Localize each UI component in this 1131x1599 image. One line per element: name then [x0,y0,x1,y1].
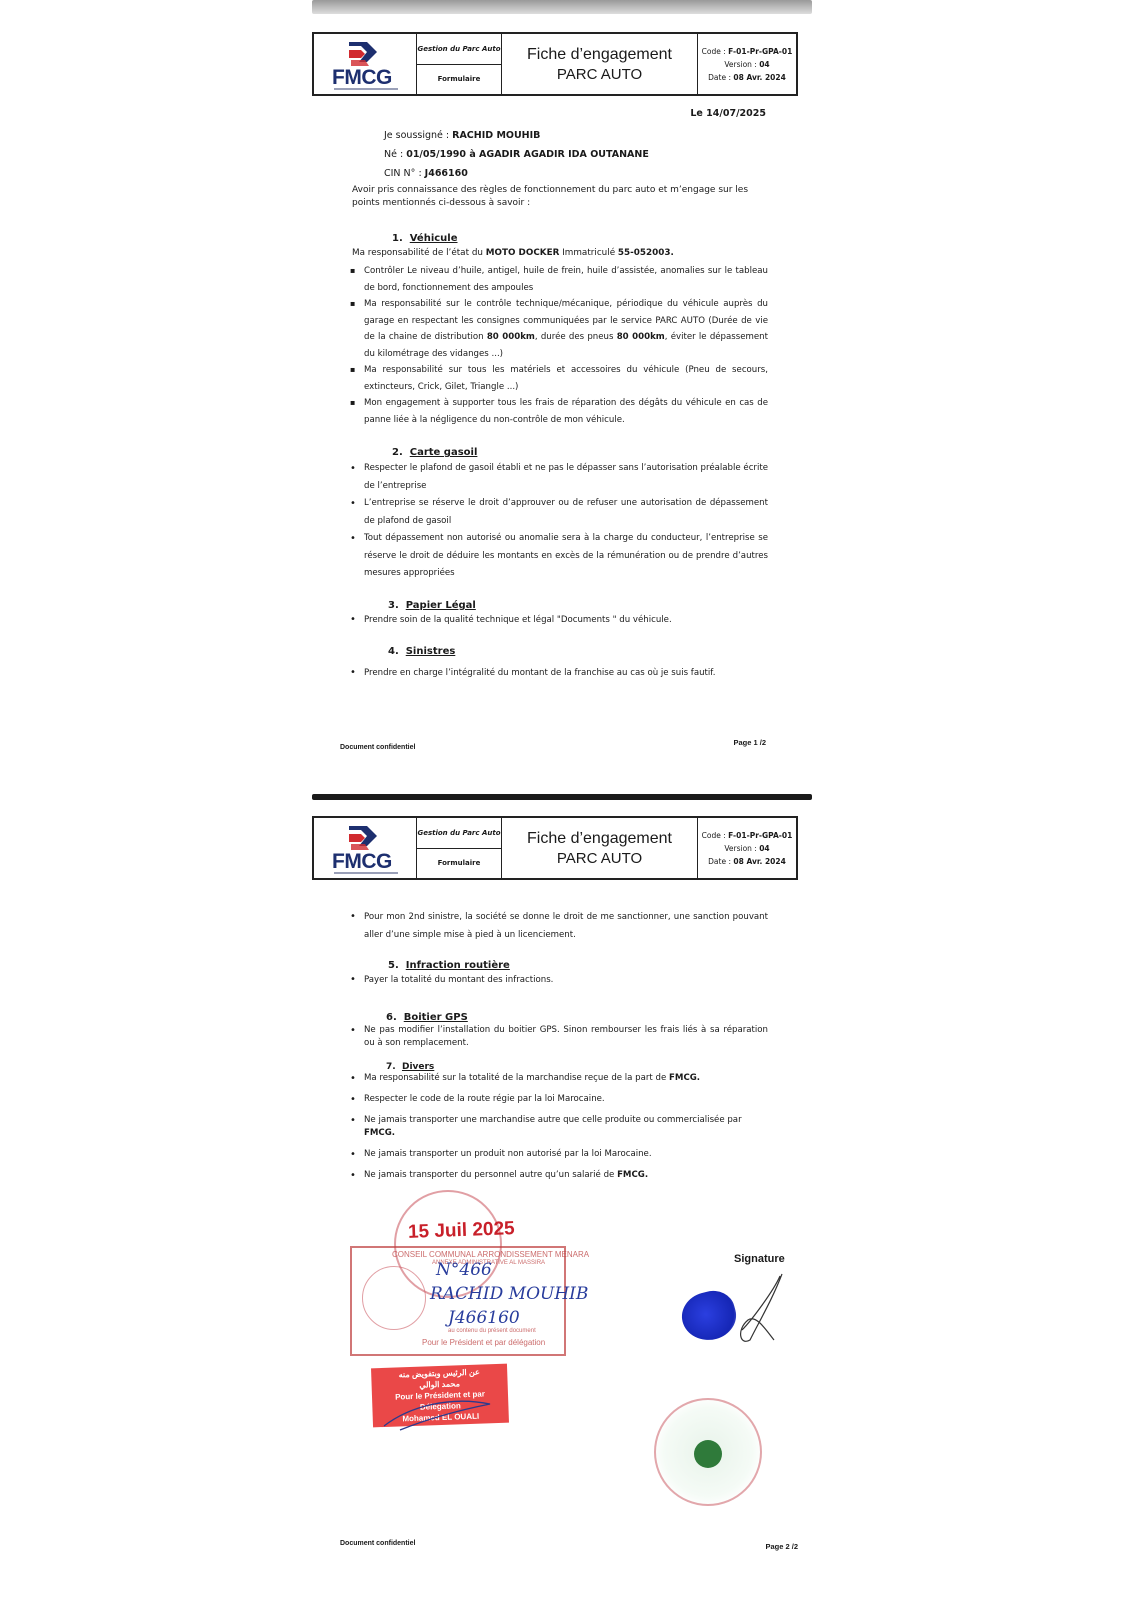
document-date: Le 14/07/2025 [690,108,766,119]
cin-value: J466160 [425,168,468,179]
signature-label: Signature [734,1253,785,1265]
document-header: FMCG Gestion du Parc Auto Formulaire Fic… [312,816,798,880]
soussigne-line: Je soussigné : RACHID MOUHIB [384,130,540,141]
section-carte-gasoil-title: 2. Carte gasoil [392,447,477,458]
cin-line: CIN N° : J466160 [384,168,468,179]
section-vehicule-title: 1. Véhicule [392,233,458,244]
list-item: Ma responsabilité sur tous les matériels… [350,362,768,395]
section-number: 2. [392,447,403,458]
logo-tagline [334,88,398,90]
fmcg-logo: FMCG [314,818,417,878]
list-item: Prendre en charge l’intégralité du monta… [350,665,768,682]
list-item: Pour mon 2nd sinistre, la société se don… [350,908,768,944]
date-label: Date : [708,73,733,82]
section-title: Infraction routière [406,960,510,971]
document-reference: Code : F-01-Pr-GPA-01 Version : 04 Date … [698,34,796,94]
section-number: 1. [392,233,403,244]
inner-round-stamp [362,1266,426,1330]
employee-signature [712,1270,792,1350]
title-line-2: PARC AUTO [557,850,642,867]
vehicle-plate: 55-052003. [618,248,674,258]
section-number: 5. [388,960,399,971]
lead-text: Ma responsabilité de l’état du [352,248,486,258]
version-value: 04 [759,60,769,69]
section-number: 4. [388,646,399,657]
sinistres-bullets: Prendre en charge l’intégralité du monta… [350,665,768,682]
seal-emblem-icon [694,1440,722,1468]
page-number: Page 2 /2 [765,1542,798,1551]
municipal-seal [654,1398,762,1506]
lead-text: Immatriculé [559,248,618,258]
code-label: Code : [702,47,729,56]
code-label: Code : [702,831,729,840]
section-title: Carte gasoil [410,447,478,458]
list-item: Ne jamais transporter du personnel autre… [350,1169,768,1182]
version-value: 04 [759,844,769,853]
code-value: F-01-Pr-GPA-01 [728,47,792,56]
list-item: Prendre soin de la qualité technique et … [350,612,768,629]
section-infraction-title: 5. Infraction routière [388,960,510,971]
birth-line: Né : 01/05/1990 à AGADIR AGADIR IDA OUTA… [384,149,649,160]
code-value: F-01-Pr-GPA-01 [728,831,792,840]
list-item: Ma responsabilité sur le contrôle techni… [350,296,768,362]
header-doc-type: Formulaire [417,65,501,95]
intro-paragraph: Avoir pris connaissance des règles de fo… [352,184,762,210]
list-item: Tout dépassement non autorisé ou anomali… [350,530,768,583]
document-header: FMCG Gestion du Parc Auto Formulaire Fic… [312,32,798,96]
list-item: Contrôler Le niveau d’huile, antigel, hu… [350,263,768,296]
birth-value: 01/05/1990 à AGADIR AGADIR IDA OUTANANE [406,149,649,160]
list-item: Ne pas modifier l’installation du boitie… [350,1024,768,1050]
header-meta: Gestion du Parc Auto Formulaire [417,818,502,878]
list-item: Ne jamais transporter une marchandise au… [350,1114,768,1140]
footer-confidential: Document confidentiel [340,744,415,751]
section-title: Divers [402,1062,434,1072]
section-number: 6. [386,1012,397,1023]
page-edge-shadow [312,0,812,14]
list-item: Payer la totalité du montant des infract… [350,972,768,989]
list-item: Respecter le plafond de gasoil établi et… [350,460,768,495]
stamp-delegation: Pour le Président et par délégation [422,1338,545,1347]
section-title: Véhicule [410,233,458,244]
page-1: FMCG Gestion du Parc Auto Formulaire Fic… [312,20,812,790]
list-item: Ma responsabilité sur la totalité de la … [350,1072,768,1085]
logo-text: FMCG [332,850,392,874]
logo-tagline [334,872,398,874]
logo-arrow-icon [347,824,381,852]
employee-name: RACHID MOUHIB [452,130,540,141]
vehicle-model: MOTO DOCKER [486,248,560,258]
date-label: Date : [708,857,733,866]
gps-bullets: Ne pas modifier l’installation du boitie… [350,1024,768,1050]
document-title: Fiche d’engagement PARC AUTO [502,818,698,878]
list-item: L’entreprise se réserve le droit d’appro… [350,495,768,530]
section-sinistres-title: 4. Sinistres [388,646,455,657]
footer-confidential: Document confidentiel [340,1540,415,1547]
infraction-bullets: Payer la totalité du montant des infract… [350,972,768,989]
section-papier-legal-title: 3. Papier Légal [388,600,476,611]
title-line-1: Fiche d’engagement [527,46,672,64]
list-item: Mon engagement à supporter tous les frai… [350,395,768,428]
date-value: 08 Avr. 2024 [733,73,785,82]
section-number: 7. [386,1062,396,1072]
header-meta: Gestion du Parc Auto Formulaire [417,34,502,94]
title-line-1: Fiche d’engagement [527,830,672,848]
header-department: Gestion du Parc Auto [417,818,501,849]
section-title: Sinistres [406,646,456,657]
version-label: Version : [724,60,759,69]
stamp-date: 15 Juil 2025 [408,1218,515,1244]
handwritten-name: RACHID MOUHIB [430,1284,588,1304]
official-signature-scribble [380,1396,500,1432]
document-reference: Code : F-01-Pr-GPA-01 Version : 04 Date … [698,818,796,878]
header-doc-type: Formulaire [417,849,501,879]
carte-gasoil-bullets: Respecter le plafond de gasoil établi et… [350,460,768,583]
cin-label: CIN N° : [384,168,425,179]
section-number: 3. [388,600,399,611]
list-item: Ne jamais transporter un produit non aut… [350,1148,768,1161]
page-2: FMCG Gestion du Parc Auto Formulaire Fic… [312,800,812,1595]
soussigne-label: Je soussigné : [384,130,452,141]
section-divers-title: 7. Divers [386,1062,434,1072]
page-number: Page 1 /2 [733,738,766,747]
vehicule-bullets: Contrôler Le niveau d’huile, antigel, hu… [350,263,768,428]
stamp-conform: au contenu du présent document [448,1328,536,1334]
header-department: Gestion du Parc Auto [417,34,501,65]
section-title: Papier Légal [406,600,476,611]
birth-label: Né : [384,149,406,160]
divers-bullets: Ma responsabilité sur la totalité de la … [350,1072,768,1182]
stamp-org: CONSEIL COMMUNAL ARRONDISSEMENT MENARA [392,1250,589,1259]
sinistres-continuation: Pour mon 2nd sinistre, la société se don… [350,908,768,944]
handwritten-cin: J466160 [448,1308,520,1328]
fmcg-logo: FMCG [314,34,417,94]
logo-text: FMCG [332,66,392,90]
vehicule-lead: Ma responsabilité de l’état du MOTO DOCK… [352,247,762,260]
date-value: 08 Avr. 2024 [733,857,785,866]
title-line-2: PARC AUTO [557,66,642,83]
papier-legal-bullets: Prendre soin de la qualité technique et … [350,612,768,629]
list-item: Respecter le code de la route régie par … [350,1093,768,1106]
section-gps-title: 6. Boitier GPS [386,1012,468,1023]
section-title: Boitier GPS [404,1012,468,1023]
document-title: Fiche d’engagement PARC AUTO [502,34,698,94]
version-label: Version : [724,844,759,853]
handwritten-number: N°466 [436,1260,492,1280]
logo-arrow-icon [347,40,381,68]
